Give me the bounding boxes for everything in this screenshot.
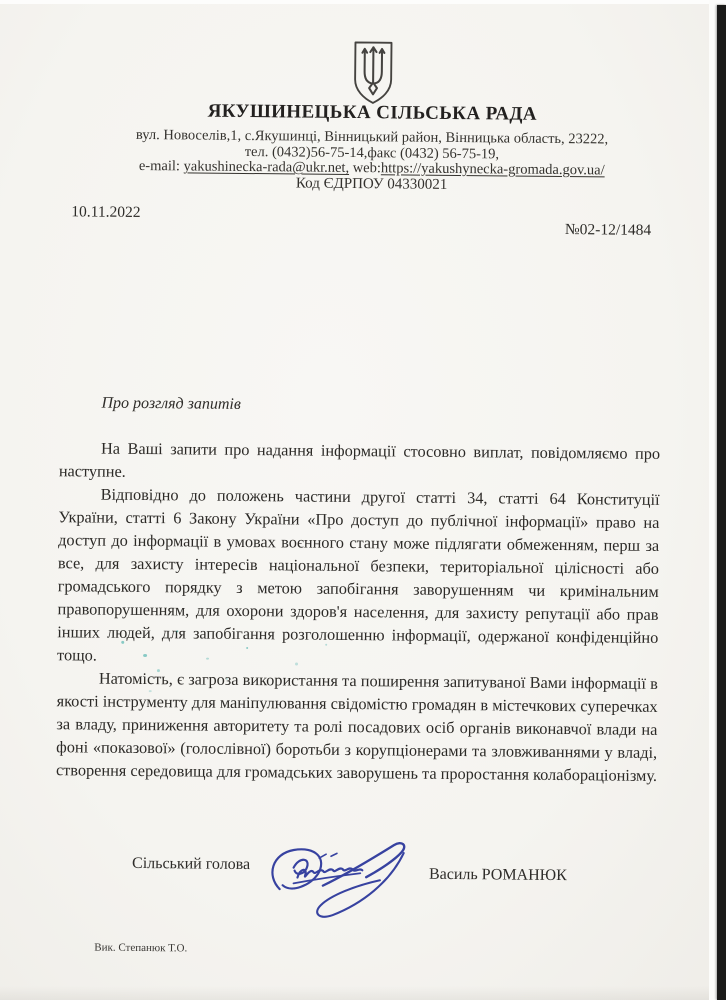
ink-speck (157, 669, 160, 672)
ink-speck (295, 662, 298, 665)
email-address: yakushinecka-rada@ukr.net, (183, 158, 349, 176)
document-number: №02-12/1484 (565, 221, 651, 240)
handwritten-signature (263, 824, 436, 934)
ink-speck (149, 690, 152, 692)
email-label: e-mail: (139, 158, 184, 174)
executor-note: Вик. Степанюк Т.О. (94, 942, 187, 955)
document-date: 10.11.2022 (71, 203, 140, 222)
letter-content: ЯКУШИНЕЦЬКА СІЛЬСЬКА РАДА вул. Новоселів… (0, 0, 726, 1000)
ink-speck (121, 641, 124, 644)
body-paragraph-2: Відповідно до положень частини другої ст… (57, 482, 660, 672)
signatory-position: Сільський голова (132, 855, 250, 874)
ink-speck (206, 658, 209, 660)
ink-speck (143, 654, 147, 657)
body-paragraph-3: Натомість, є загроза використання та пош… (56, 666, 658, 787)
scan-bottom-shadow (0, 986, 709, 1000)
ukraine-trident-emblem (349, 40, 397, 106)
ink-speck (176, 630, 178, 632)
scanned-page: ЯКУШИНЕЦЬКА СІЛЬСЬКА РАДА вул. Новоселів… (0, 0, 726, 1000)
signatory-name: Василь РОМАНЮК (429, 866, 567, 885)
letter-body: На Ваші запити про надання інформації ст… (56, 436, 660, 787)
ink-speck (246, 647, 248, 649)
ink-speck (325, 644, 327, 646)
ink-speck (226, 678, 228, 680)
scan-edge-dark-band (717, 5, 726, 1000)
web-label: web: (349, 160, 381, 176)
organization-title: ЯКУШИНЕЦЬКА СІЛЬСЬКА РАДА (39, 99, 705, 127)
scan-edge-white (709, 0, 717, 1000)
body-paragraph-1: На Ваші запити про надання інформації ст… (59, 436, 660, 488)
subject-line: Про розгляд запитів (101, 395, 240, 414)
